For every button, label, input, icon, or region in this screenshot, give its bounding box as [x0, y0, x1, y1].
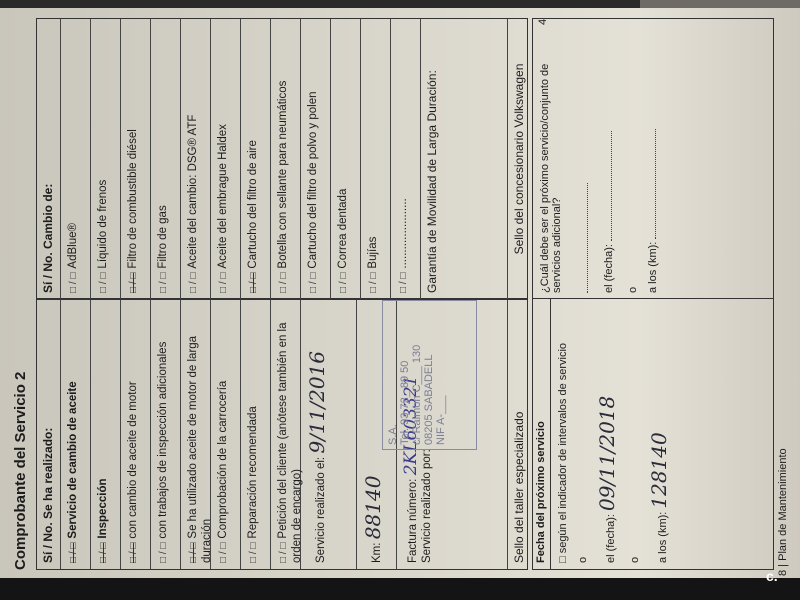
- section-name: Plan de Mantenimiento: [777, 448, 789, 561]
- changed-label: Aceite del embrague Haldex: [217, 124, 229, 268]
- changed-label: Filtro de combustible diésel: [127, 129, 139, 268]
- additional-service-question: ¿Cuál debe ser el próximo servicio/conju…: [539, 43, 563, 293]
- changed-row: □ / □AdBlue®: [61, 19, 91, 299]
- performed-label: Comprobación de la carrocería: [217, 381, 229, 539]
- by-indicator-option: □ según el indicador de intervalos de se…: [557, 343, 569, 563]
- performed-row: □ / □Se ha utilizado aceite de motor de …: [181, 299, 211, 569]
- checkbox-pair-icon[interactable]: □ / □: [368, 273, 379, 293]
- performed-row: □ / □Inspección: [91, 299, 121, 569]
- checkbox-pair-icon[interactable]: □ / □: [158, 273, 169, 293]
- changed-label: Botella con sellante para neumáticos: [277, 81, 289, 269]
- checkbox-pair-icon[interactable]: □ / □: [68, 543, 79, 563]
- performed-header: Sí / No. Se ha realizado:: [37, 299, 61, 569]
- checkbox-pair-icon[interactable]: □ / □: [218, 273, 229, 293]
- next-date-row: el (fecha): 09/11/2018: [595, 396, 619, 563]
- changed-label: AdBlue®: [67, 223, 79, 269]
- page-title: Comprobante del Servicio 2: [12, 372, 29, 570]
- changed-label: ......................: [397, 198, 409, 268]
- performed-label: con cambio de aceite de motor: [127, 381, 139, 538]
- right-km-row: a los (km):: [647, 129, 659, 293]
- km-value: 88140: [361, 476, 385, 540]
- corner-logo: c.: [766, 568, 778, 584]
- changed-row: □ / □Filtro de combustible diésel: [121, 19, 151, 299]
- performed-label: con trabajos de inspección adicionales: [157, 342, 169, 539]
- performed-row: □ / □Servicio de cambio de aceite: [61, 299, 91, 569]
- changed-row: □ / □......................: [391, 19, 421, 299]
- page-number: 8: [777, 570, 789, 576]
- checkbox-pair-icon[interactable]: □ / □: [248, 273, 259, 293]
- changed-header: Sí / No. Cambio de:: [37, 19, 61, 299]
- changed-row: □ / □Cartucho del filtro de aire: [241, 19, 271, 299]
- section-divider: [533, 298, 773, 299]
- changed-label: Líquido de frenos: [97, 180, 109, 269]
- workshop-stamp: S.A.Tel. 93 72_ 89 50c/ Raimon C___ 1300…: [382, 300, 477, 450]
- guarantee-row: Garantía de Movilidad de Larga Duración:: [421, 19, 507, 299]
- dealer-seal: Sello del concesionario Volkswagen: [507, 19, 527, 299]
- performed-label: Petición del cliente (anótese también en…: [277, 322, 303, 563]
- stamp-line: c/ Raimon C___ 130: [411, 305, 423, 445]
- stamp-line: 08205 SABADELL: [423, 305, 435, 445]
- checkbox-pair-icon[interactable]: □ / □: [188, 543, 199, 563]
- checkbox-pair-icon[interactable]: □ / □: [398, 273, 409, 293]
- performed-row: □ / □Comprobación de la carrocería: [211, 299, 241, 569]
- performed-row: □ / □Reparación recomendada: [241, 299, 271, 569]
- next-date-value: 09/11/2018: [595, 396, 619, 511]
- right-date-row: el (fecha):: [603, 131, 615, 293]
- service-date-value: 9/11/2016: [305, 351, 329, 454]
- page-footer: 8 | Plan de Mantenimiento: [777, 448, 789, 576]
- checkbox-pair-icon[interactable]: □ / □: [128, 273, 139, 293]
- changed-label: Correa dentada: [337, 189, 349, 269]
- bullet-1: o: [577, 557, 589, 563]
- performed-label: Inspección: [97, 479, 109, 539]
- checkbox-pair-icon[interactable]: □ / □: [98, 273, 109, 293]
- performed-label: Servicio de cambio de aceite: [67, 381, 79, 538]
- changed-row: □ / □Correa dentada: [331, 19, 361, 299]
- changed-row: □ / □Aceite del cambio: DSG® ATF: [181, 19, 211, 299]
- checkbox-pair-icon[interactable]: □ / □: [278, 543, 289, 563]
- service-date-row: Servicio realizado el: 9/11/2016: [301, 299, 357, 569]
- stamp-line: Tel. 93 72_ 89 50: [399, 305, 411, 445]
- changed-column: Sí / No. Cambio de: □ / □AdBlue®□ / □Líq…: [36, 18, 528, 300]
- changed-row: □ / □Filtro de gas: [151, 19, 181, 299]
- checkbox-pair-icon[interactable]: □ / □: [218, 543, 229, 563]
- next-service-section: Fecha del próximo servicio □ según el in…: [532, 18, 774, 570]
- performed-label: Reparación recomendada: [247, 406, 259, 538]
- changed-row: □ / □Líquido de frenos: [91, 19, 121, 299]
- checkbox-pair-icon[interactable]: □ / □: [128, 543, 139, 563]
- next-service-heading: Fecha del próximo servicio: [533, 299, 551, 569]
- performed-row: □ / □Petición del cliente (anótese tambi…: [271, 299, 301, 569]
- changed-label: Cartucho del filtro de aire: [247, 140, 259, 268]
- service-record-page: Comprobante del Servicio 2 Sí / No. Se h…: [12, 14, 782, 570]
- checkbox-pair-icon[interactable]: □ / □: [248, 543, 259, 563]
- workshop-seal: Sello del taller especializado: [507, 299, 527, 569]
- changed-label: Aceite del cambio: DSG® ATF: [187, 115, 199, 269]
- checkbox-pair-icon[interactable]: □ / □: [98, 543, 109, 563]
- changed-row: □ / □Bujías: [361, 19, 391, 299]
- changed-row: □ / □Botella con sellante para neumático…: [271, 19, 301, 299]
- performed-label: Se ha utilizado aceite de motor de larga…: [187, 336, 213, 563]
- changed-row: □ / □Cartucho del filtro de polvo y pole…: [301, 19, 331, 299]
- checkbox-pair-icon[interactable]: □ / □: [188, 273, 199, 293]
- next-km-row: a los (km): 128140: [647, 432, 671, 563]
- stamp-line: NIF A-___: [435, 305, 447, 445]
- checkbox-pair-icon[interactable]: □ / □: [158, 543, 169, 563]
- changed-row: □ / □Aceite del embrague Haldex: [211, 19, 241, 299]
- performed-row: □ / □con trabajos de inspección adiciona…: [151, 299, 181, 569]
- bullet-3: o: [627, 287, 639, 293]
- corner-mark: 4: [537, 19, 549, 25]
- checkbox-pair-icon[interactable]: □ / □: [68, 273, 79, 293]
- next-km-value: 128140: [647, 432, 671, 508]
- stamp-line: S.A.: [387, 305, 399, 445]
- checkbox-pair-icon[interactable]: □ / □: [278, 273, 289, 293]
- changed-label: Filtro de gas: [157, 205, 169, 268]
- performed-row: □ / □con cambio de aceite de motor: [121, 299, 151, 569]
- bullet-2: o: [629, 557, 641, 563]
- changed-label: Cartucho del filtro de polvo y polen: [307, 92, 319, 269]
- changed-label: Bujías: [367, 237, 379, 269]
- answer-line: [587, 183, 588, 293]
- checkbox-pair-icon[interactable]: □ / □: [308, 273, 319, 293]
- checkbox-pair-icon[interactable]: □ / □: [338, 273, 349, 293]
- background-bottom: [0, 578, 800, 600]
